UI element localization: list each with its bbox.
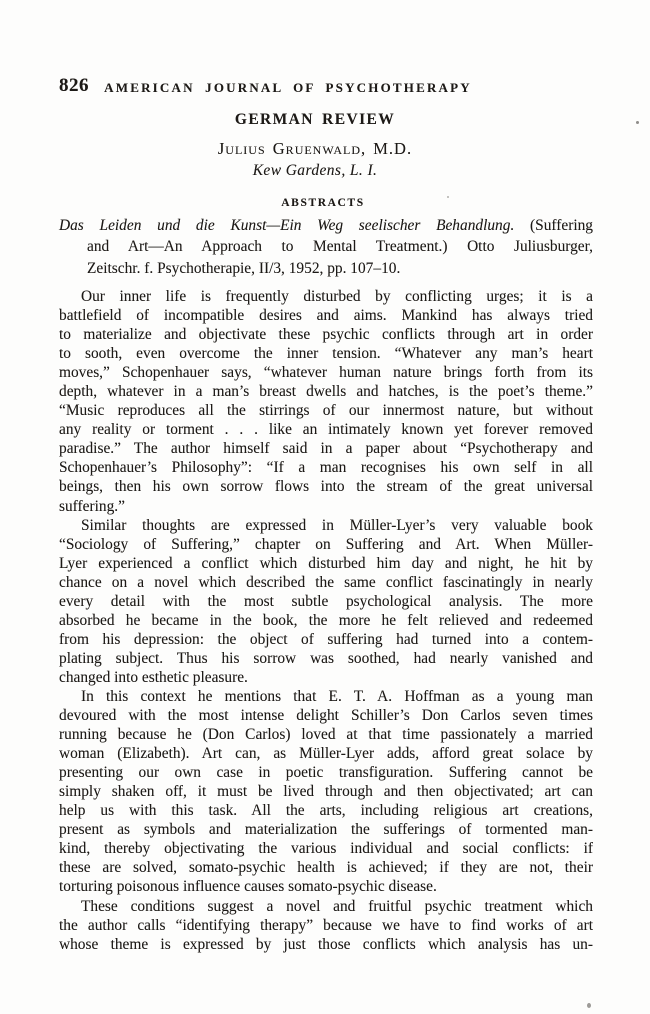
text-line: These conditions suggest a novel and fru… <box>59 897 593 916</box>
text-line: every detail with the most subtle psycho… <box>59 592 593 611</box>
journal-running-head: AMERICAN JOURNAL OF PSYCHOTHERAPY <box>59 80 593 96</box>
text-line: these are solved, somato-psychic health … <box>59 858 593 877</box>
text-line: “Music reproduces all the stirrings of o… <box>59 401 593 420</box>
text-line: beings, then his own sorrow flows into t… <box>59 477 593 496</box>
text-line: “Sociology of Suffering,” chapter on Suf… <box>59 535 593 554</box>
scanned-journal-page: 826 AMERICAN JOURNAL OF PSYCHOTHERAPY GE… <box>0 0 650 1014</box>
text-line: help us with this task. All the arts, in… <box>59 801 593 820</box>
text-line: Similar thoughts are expressed in Müller… <box>59 516 593 535</box>
text-line: moves,” Schopenhauer says, “whatever hum… <box>59 363 593 382</box>
text-line: chance on a novel which described the sa… <box>59 573 593 592</box>
abstract-citation: Das Leiden und die Kunst—Ein Weg seelisc… <box>59 215 593 279</box>
text-line: depth, whatever in a man’s breast dwells… <box>59 382 593 401</box>
text-line: whose theme is expressed by just those c… <box>59 935 593 954</box>
scan-speck <box>447 196 449 198</box>
text-line: Schopenhauer’s Philosophy”: “If a man re… <box>59 458 593 477</box>
text-line: from his depression: the object of suffe… <box>59 630 593 649</box>
text-line: running because he (Don Carlos) loved at… <box>59 725 593 744</box>
text-line: paradise.” The author himself said in a … <box>59 439 593 458</box>
abstracts-heading: ABSTRACTS <box>59 197 593 209</box>
text-line: and Art—An Approach to Mental Treatment.… <box>59 236 593 257</box>
text-line: Lyer experienced a conflict which distur… <box>59 554 593 573</box>
text-line: absorbed he became in the book, the more… <box>59 611 593 630</box>
author-location: Kew Gardens, L. I. <box>59 162 593 180</box>
text-line: simply shaken off, it must be lived thro… <box>59 782 593 801</box>
text-line: battlefield of incompatible desires and … <box>59 306 593 325</box>
article-title: GERMAN REVIEW <box>59 111 593 129</box>
paragraph: Our inner life is frequently disturbed b… <box>59 287 593 516</box>
scan-speck <box>636 121 639 124</box>
text-line: torturing poisonous influence causes som… <box>59 877 593 896</box>
paragraph: In this context he mentions that E. T. A… <box>59 687 593 897</box>
text-line: suffering.” <box>59 497 593 516</box>
scan-speck <box>587 1003 591 1008</box>
text-line: woman (Elizabeth). Art can, as Müller-Ly… <box>59 744 593 763</box>
text-line: changed into esthetic pleasure. <box>59 668 593 687</box>
text-line: presenting our own case in poetic transf… <box>59 763 593 782</box>
page-header: 826 AMERICAN JOURNAL OF PSYCHOTHERAPY <box>59 77 593 99</box>
author-byline: Julius Gruenwald, M.D. <box>59 139 593 159</box>
text-line: In this context he mentions that E. T. A… <box>59 687 593 706</box>
text-line: to materialize and objectivate these psy… <box>59 325 593 344</box>
paragraph: Similar thoughts are expressed in Müller… <box>59 516 593 687</box>
text-line: Our inner life is frequently disturbed b… <box>59 287 593 306</box>
text-line: present as symbols and materialization t… <box>59 820 593 839</box>
text-line: any reality or torment . . . like an int… <box>59 420 593 439</box>
text-line: plating subject. Thus his sorrow was soo… <box>59 649 593 668</box>
text-line: the author calls “identifying therapy” b… <box>59 916 593 935</box>
text-line: to sooth, even overcome the inner tensio… <box>59 344 593 363</box>
paragraph: These conditions suggest a novel and fru… <box>59 897 593 954</box>
text-line: devoured with the most intense delight S… <box>59 706 593 725</box>
text-line: Zeitschr. f. Psychotherapie, II/3, 1952,… <box>59 258 593 279</box>
abstract-body: Our inner life is frequently disturbed b… <box>59 287 593 954</box>
text-line: Das Leiden und die Kunst—Ein Weg seelisc… <box>59 215 593 236</box>
text-line: kind, thereby objectivating the various … <box>59 839 593 858</box>
